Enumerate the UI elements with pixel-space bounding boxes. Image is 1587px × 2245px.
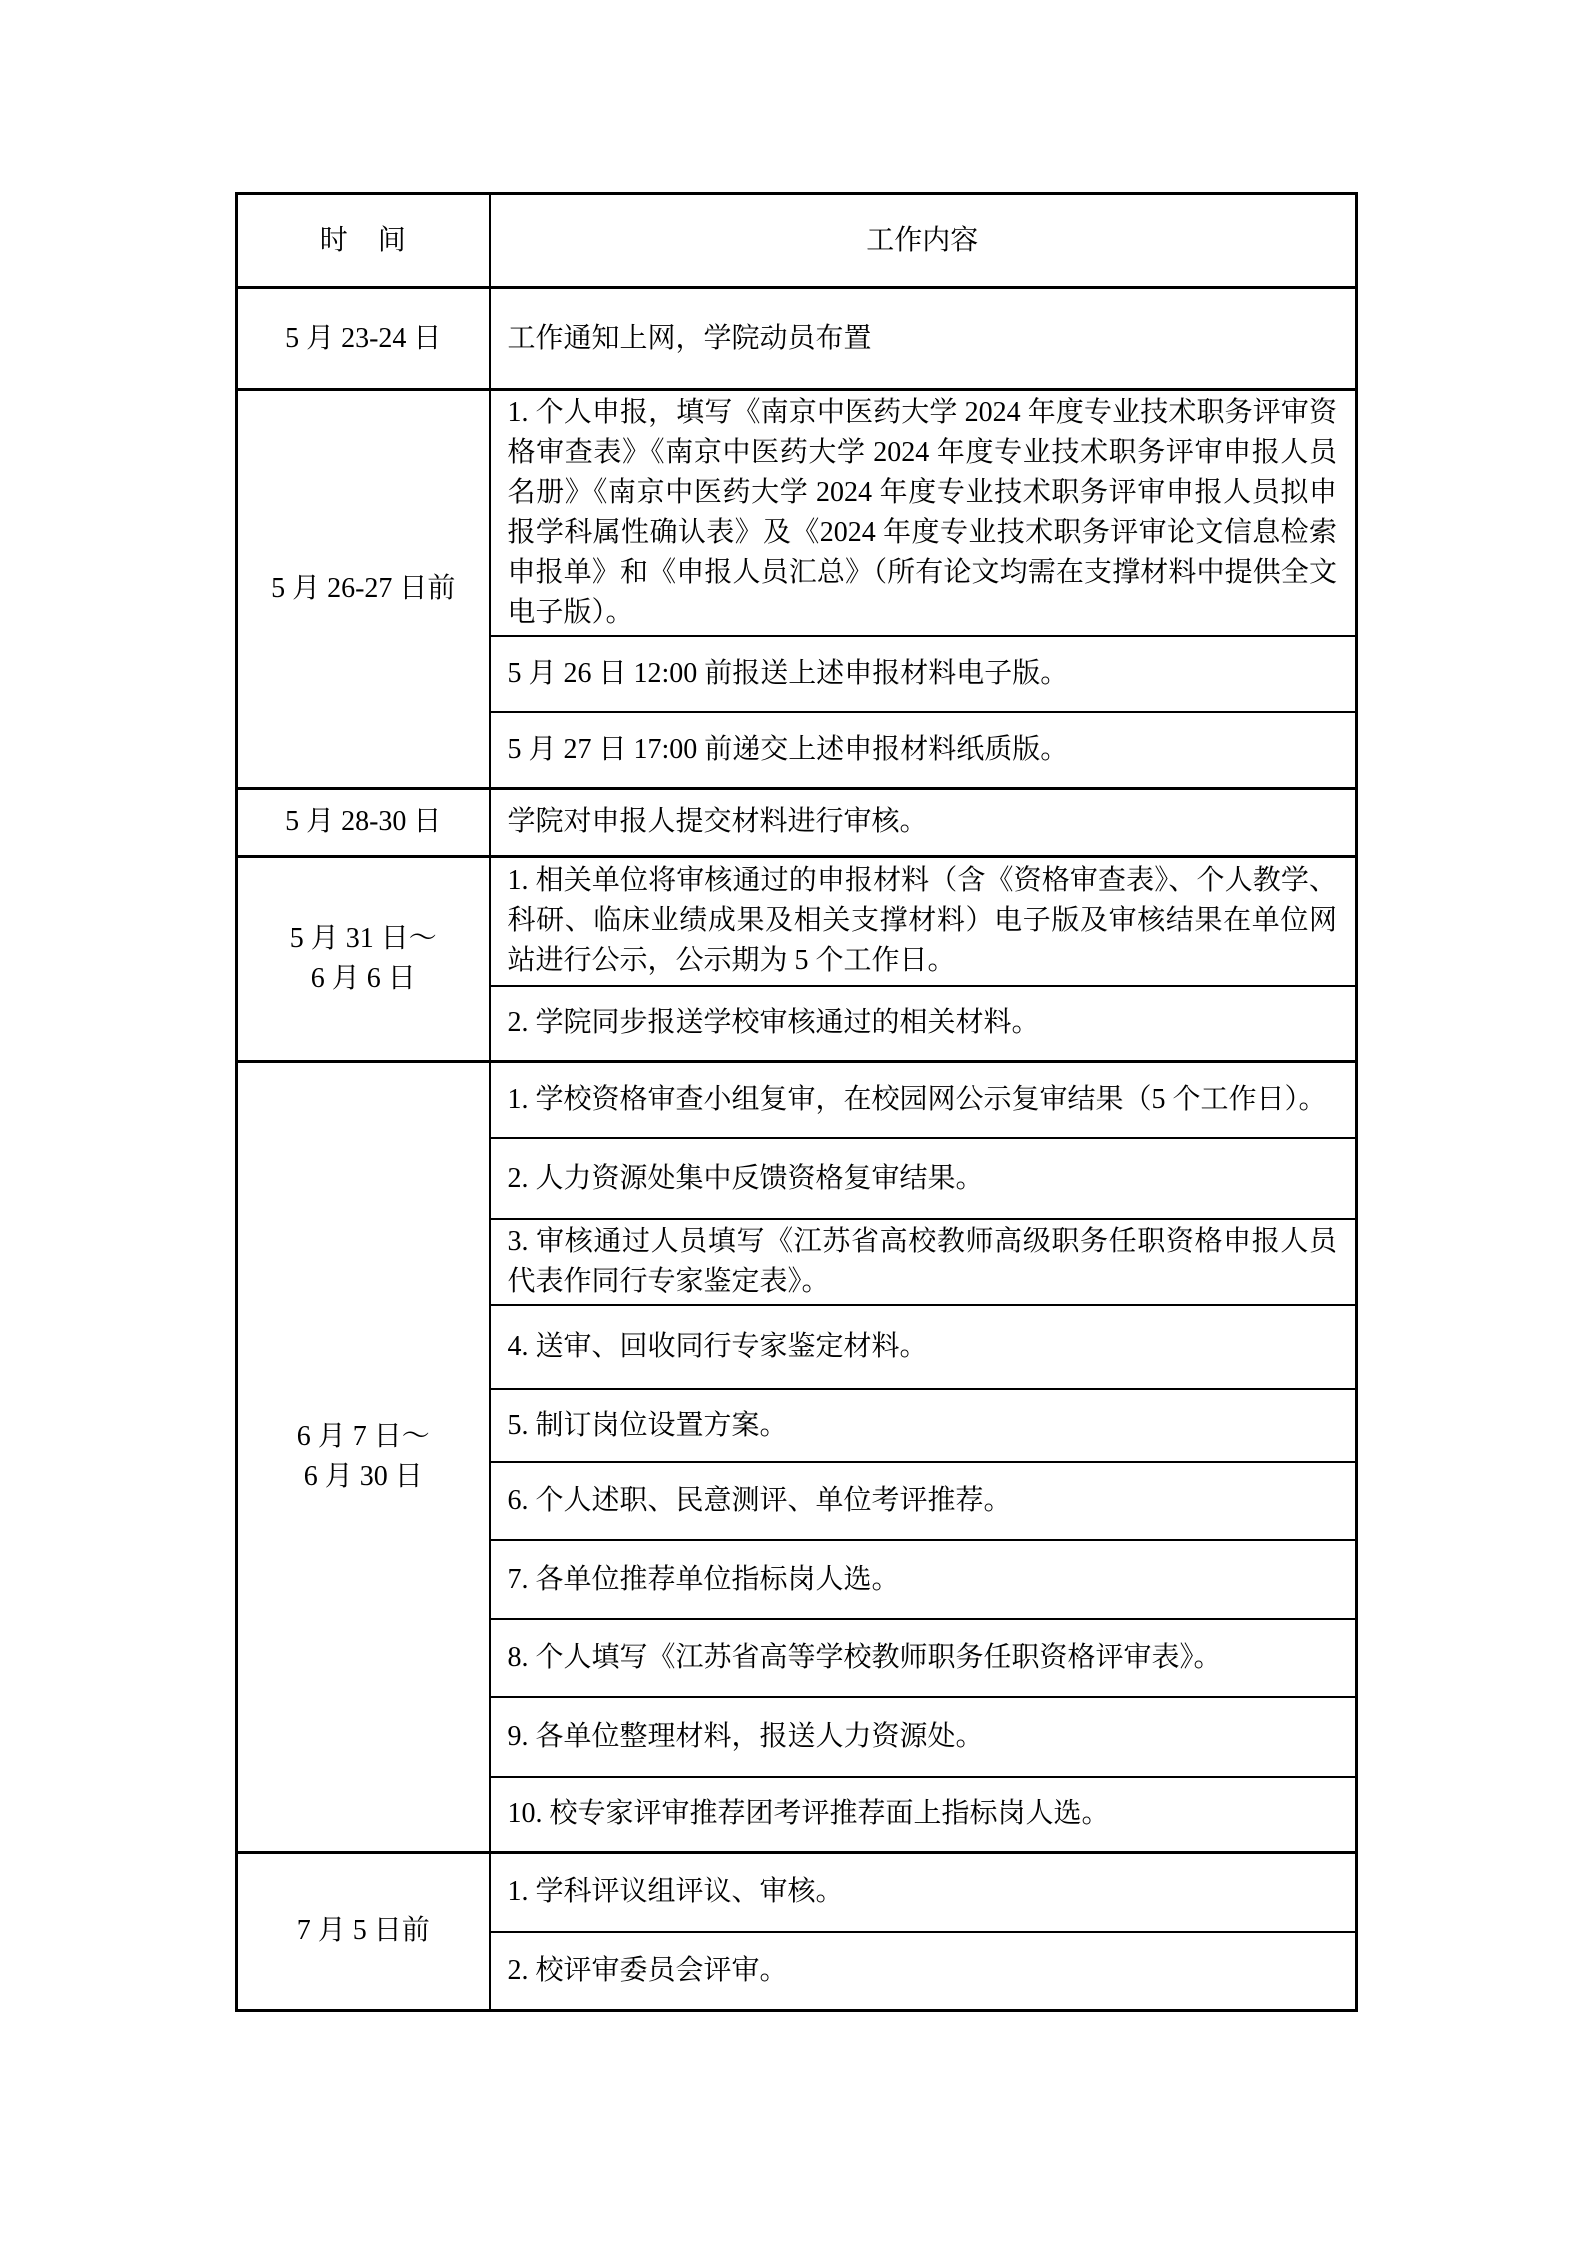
content-cell-g3-1: 2. 学院同步报送学校审核通过的相关材料。 bbox=[490, 986, 1357, 1061]
schedule-table-container: 时 间 工作内容 5 月 23-24 日 工作通知上网，学院动员布置 5 月 2… bbox=[235, 192, 1358, 2012]
table-row: 7 月 5 日前 1. 学科评议组评议、审核。 bbox=[237, 1852, 1357, 1932]
time-cell-g0: 5 月 23-24 日 bbox=[237, 288, 490, 390]
content-cell-g1-2: 5 月 27 日 17:00 前递交上述申报材料纸质版。 bbox=[490, 712, 1357, 788]
schedule-table: 时 间 工作内容 5 月 23-24 日 工作通知上网，学院动员布置 5 月 2… bbox=[235, 192, 1358, 2012]
table-row: 5 月 28-30 日 学院对申报人提交材料进行审核。 bbox=[237, 788, 1357, 856]
header-time: 时 间 bbox=[237, 194, 490, 288]
table-row: 6 月 7 日～ 6 月 30 日 1. 学校资格审查小组复审，在校园网公示复审… bbox=[237, 1061, 1357, 1138]
time-cell-g4: 6 月 7 日～ 6 月 30 日 bbox=[237, 1061, 490, 1852]
content-cell-g5-0: 1. 学科评议组评议、审核。 bbox=[490, 1852, 1357, 1932]
content-cell-g4-5: 6. 个人述职、民意测评、单位考评推荐。 bbox=[490, 1462, 1357, 1540]
content-cell-g4-8: 9. 各单位整理材料，报送人力资源处。 bbox=[490, 1697, 1357, 1777]
table-row: 5 月 23-24 日 工作通知上网，学院动员布置 bbox=[237, 288, 1357, 390]
content-cell-g4-3: 4. 送审、回收同行专家鉴定材料。 bbox=[490, 1305, 1357, 1389]
content-cell-g2-0: 学院对申报人提交材料进行审核。 bbox=[490, 788, 1357, 856]
content-cell-g5-1: 2. 校评审委员会评审。 bbox=[490, 1932, 1357, 2010]
content-cell-g0-0: 工作通知上网，学院动员布置 bbox=[490, 288, 1357, 390]
content-cell-g1-0: 1. 个人申报，填写《南京中医药大学 2024 年度专业技术职务评审资格审查表》… bbox=[490, 390, 1357, 637]
table-row: 5 月 31 日～ 6 月 6 日 1. 相关单位将审核通过的申报材料（含《资格… bbox=[237, 856, 1357, 986]
time-cell-g2: 5 月 28-30 日 bbox=[237, 788, 490, 856]
time-cell-g3: 5 月 31 日～ 6 月 6 日 bbox=[237, 856, 490, 1061]
content-cell-g4-2: 3. 审核通过人员填写《江苏省高校教师高级职务任职资格申报人员代表作同行专家鉴定… bbox=[490, 1219, 1357, 1305]
content-cell-g4-1: 2. 人力资源处集中反馈资格复审结果。 bbox=[490, 1138, 1357, 1219]
content-cell-g4-6: 7. 各单位推荐单位指标岗人选。 bbox=[490, 1540, 1357, 1619]
content-cell-g3-0: 1. 相关单位将审核通过的申报材料（含《资格审查表》、个人教学、科研、临床业绩成… bbox=[490, 856, 1357, 986]
content-cell-g4-9: 10. 校专家评审推荐团考评推荐面上指标岗人选。 bbox=[490, 1777, 1357, 1852]
content-cell-g4-7: 8. 个人填写《江苏省高等学校教师职务任职资格评审表》。 bbox=[490, 1619, 1357, 1697]
time-cell-g5: 7 月 5 日前 bbox=[237, 1852, 490, 2010]
header-row: 时 间 工作内容 bbox=[237, 194, 1357, 288]
time-cell-g1: 5 月 26-27 日前 bbox=[237, 390, 490, 789]
content-cell-g4-4: 5. 制订岗位设置方案。 bbox=[490, 1389, 1357, 1462]
content-cell-g4-0: 1. 学校资格审查小组复审，在校园网公示复审结果（5 个工作日）。 bbox=[490, 1061, 1357, 1138]
page: { "table": { "border_color": "#000000", … bbox=[0, 0, 1587, 2245]
content-cell-g1-1: 5 月 26 日 12:00 前报送上述申报材料电子版。 bbox=[490, 636, 1357, 712]
table-row: 5 月 26-27 日前 1. 个人申报，填写《南京中医药大学 2024 年度专… bbox=[237, 390, 1357, 637]
header-content: 工作内容 bbox=[490, 194, 1357, 288]
